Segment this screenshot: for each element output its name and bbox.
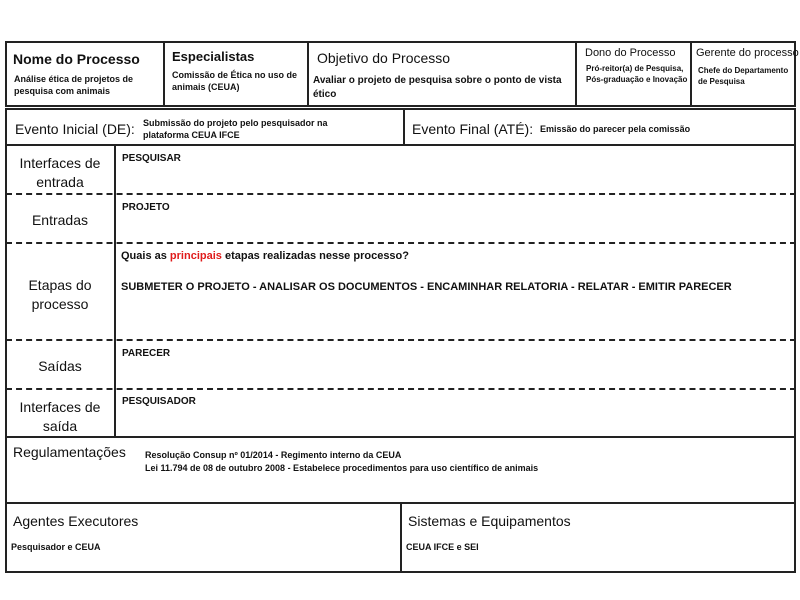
header-especialistas: Especialistas Comissão de Ética no uso d…	[163, 41, 309, 107]
sistemas-value: CEUA IFCE e SEI	[406, 541, 479, 553]
label-entradas: Entradas	[10, 212, 110, 228]
label-etapas: Etapas do processo	[10, 276, 110, 314]
regulamentacoes-title: Regulamentações	[13, 444, 126, 460]
header-objetivo: Objetivo do Processo Avaliar o projeto d…	[307, 41, 577, 107]
gerente-title: Gerente do processo	[696, 47, 799, 59]
regulamentacao-item: Resolução Consup nº 01/2014 - Regimento …	[145, 449, 401, 461]
question-pre: Quais as	[121, 250, 170, 262]
gerente-value: Chefe do Departamento de Pesquisa	[698, 65, 793, 87]
agentes-executores: Agentes Executores Pesquisador e CEUA	[5, 502, 402, 573]
value-etapas: SUBMETER O PROJETO - ANALISAR OS DOCUMEN…	[121, 281, 732, 293]
divider-4	[6, 388, 796, 390]
evento-inicial-value: Submissão do projeto pelo pesquisador na…	[143, 117, 373, 141]
divider-1	[6, 193, 796, 195]
label-interfaces-entrada: Interfaces de entrada	[10, 154, 110, 192]
dono-title: Dono do Processo	[585, 47, 676, 59]
regulamentacoes: Regulamentações Resolução Consup nº 01/2…	[5, 436, 796, 504]
header-dono: Dono do Processo Pró-reitor(a) de Pesqui…	[575, 41, 692, 107]
evento-final: Evento Final (ATÉ): Emissão do parecer p…	[403, 108, 796, 146]
nome-processo-value: Análise ética de projetos de pesquisa co…	[14, 73, 154, 97]
divider-2	[6, 242, 796, 244]
evento-inicial-title: Evento Inicial (DE):	[15, 121, 135, 137]
objetivo-title: Objetivo do Processo	[317, 50, 450, 66]
evento-final-title: Evento Final (ATÉ):	[412, 121, 533, 137]
label-interfaces-saida: Interfaces de saída	[10, 398, 110, 436]
value-interfaces-entrada: PESQUISAR	[122, 153, 181, 164]
agentes-title: Agentes Executores	[13, 513, 138, 529]
especialistas-value: Comissão de Ética no uso de animais (CEU…	[172, 69, 300, 93]
divider-3	[6, 339, 796, 341]
question-highlight: principais	[170, 250, 222, 262]
agentes-value: Pesquisador e CEUA	[11, 541, 101, 553]
label-saidas: Saídas	[10, 358, 110, 374]
question-post: etapas realizadas nesse processo?	[222, 250, 409, 262]
nome-processo-title: Nome do Processo	[13, 51, 140, 67]
sistemas-equipamentos: Sistemas e Equipamentos CEUA IFCE e SEI	[400, 502, 796, 573]
etapas-question: Quais as principais etapas realizadas ne…	[121, 250, 409, 262]
header-nome-processo: Nome do Processo Análise ética de projet…	[5, 41, 165, 107]
dono-value: Pró-reitor(a) de Pesquisa, Pós-graduação…	[586, 63, 688, 85]
value-entradas: PROJETO	[122, 202, 170, 213]
value-interfaces-saida: PESQUISADOR	[122, 396, 196, 407]
evento-final-value: Emissão do parecer pela comissão	[540, 123, 790, 135]
header-gerente: Gerente do processo Chefe do Departament…	[690, 41, 796, 107]
value-saidas: PARECER	[122, 348, 170, 359]
regulamentacao-item: Lei 11.794 de 08 de outubro 2008 - Estab…	[145, 462, 538, 474]
especialistas-title: Especialistas	[172, 49, 254, 64]
sistemas-title: Sistemas e Equipamentos	[408, 513, 571, 529]
objetivo-value: Avaliar o projeto de pesquisa sobre o po…	[313, 74, 573, 102]
label-column-divider	[114, 146, 116, 436]
evento-inicial: Evento Inicial (DE): Submissão do projet…	[5, 108, 405, 146]
